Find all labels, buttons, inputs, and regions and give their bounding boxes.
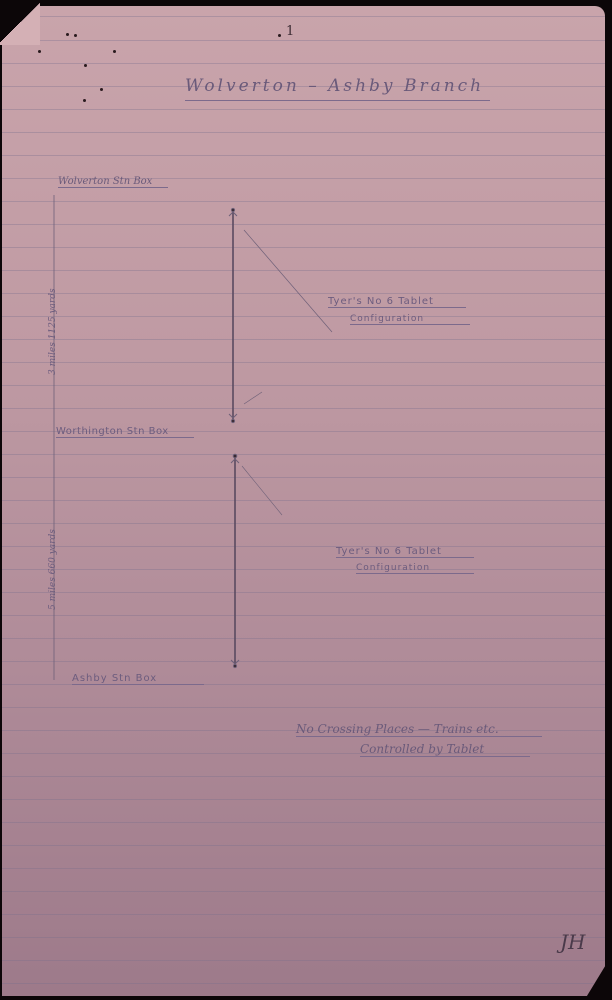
track-diagram: [0, 0, 612, 1000]
